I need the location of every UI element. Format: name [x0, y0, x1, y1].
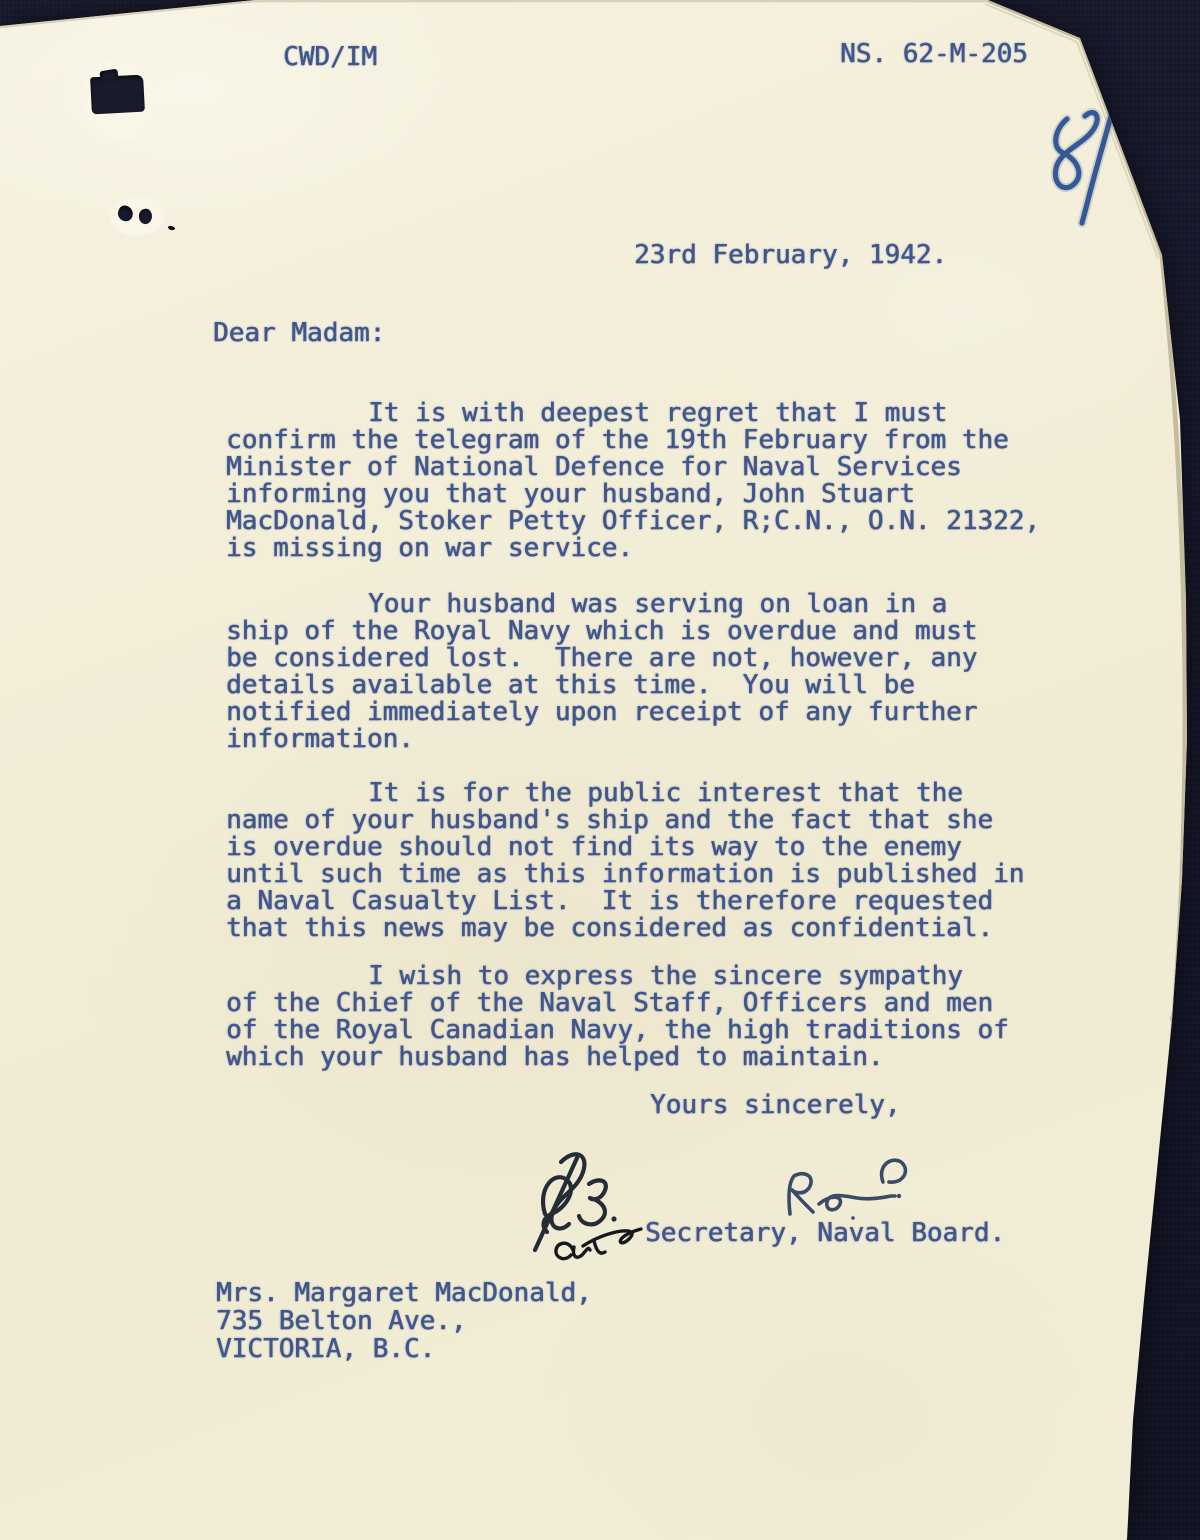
scanned-letter-screenshot: { "annotations": { "page_number": "81", … — [0, 0, 1200, 1540]
salutation: Dear Madam: — [213, 320, 385, 347]
secretary-initials-ink — [789, 1160, 905, 1220]
paragraph-3: It is for the public interest that the n… — [226, 780, 1024, 942]
signed-title: Secretary, Naval Board. — [645, 1220, 1005, 1247]
recipient-address: Mrs. Margaret MacDonald, 735 Belton Ave.… — [216, 1279, 592, 1363]
paragraph-1: It is with deepest regret that I must co… — [226, 400, 1040, 562]
document-number: NS. 62-M-205 — [840, 41, 1028, 68]
paragraph-2: Your husband was serving on loan in a sh… — [226, 591, 977, 753]
punch-hole — [90, 75, 145, 115]
letter-page: CWD/IM NS. 62-M-205 23rd February, 1942.… — [0, 0, 1200, 1540]
closing: Yours sincerely, — [650, 1092, 900, 1119]
paper-edge-shading — [0, 0, 1200, 1540]
handwritten-word-ink — [556, 1229, 641, 1259]
tiny-speck — [168, 225, 176, 231]
torn-paper-tongue — [98, 112, 146, 140]
letter-date: 23rd February, 1942. — [634, 242, 947, 269]
file-reference: CWD/IM — [283, 44, 377, 71]
paper-wrapper: CWD/IM NS. 62-M-205 23rd February, 1942.… — [0, 0, 1200, 1540]
signatures-ink — [495, 1128, 925, 1278]
handwritten-page-number — [1025, 92, 1135, 232]
paragraph-4: I wish to express the sincere sympathy o… — [226, 963, 1009, 1071]
